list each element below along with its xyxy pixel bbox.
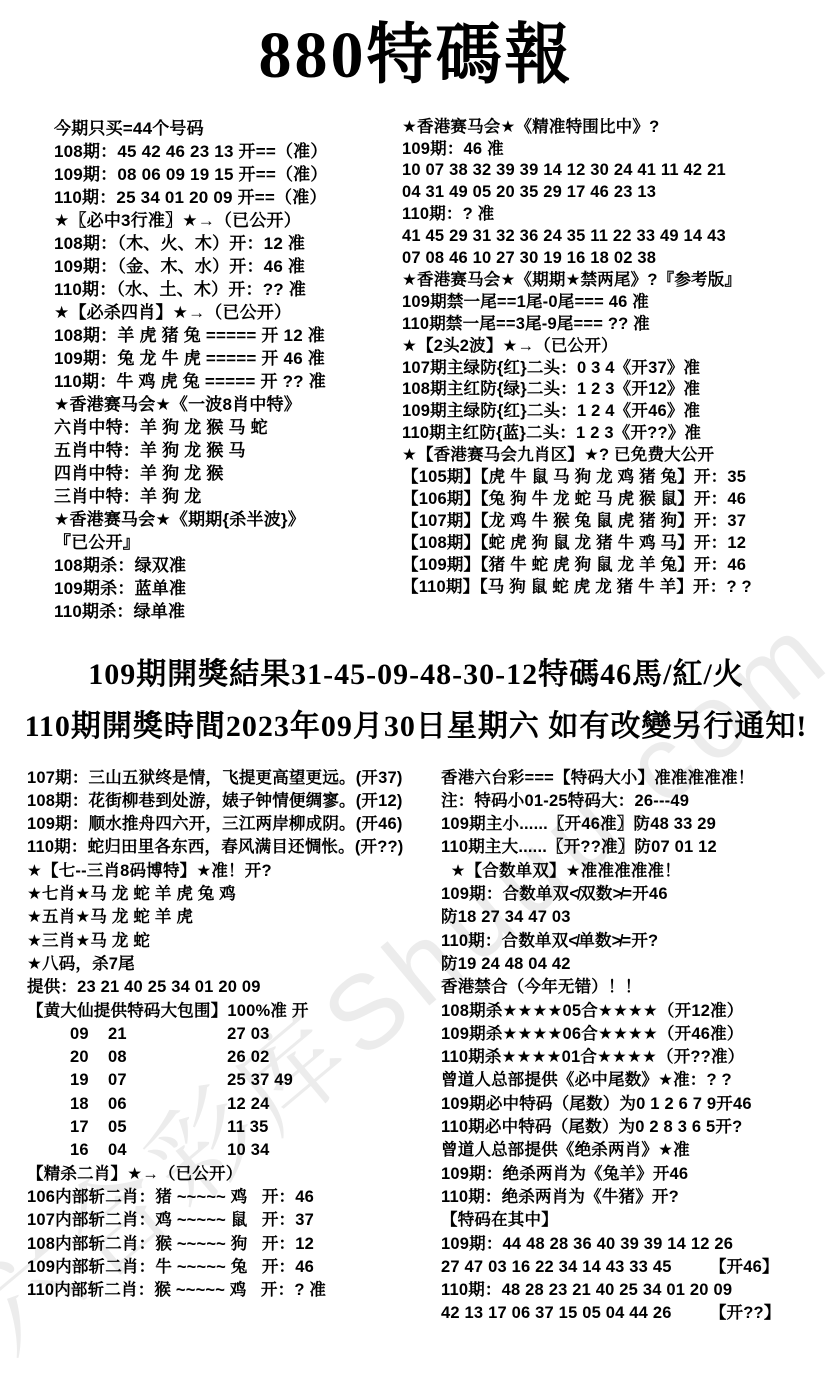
text-line: 10 07 38 32 39 39 14 12 30 24 41 11 42 2… bbox=[402, 160, 828, 182]
text-line: ★三肖★马 龙 蛇 bbox=[27, 930, 441, 953]
text-line: 109期：兔 龙 牛 虎 ===== 开 46 准 bbox=[54, 347, 402, 370]
text-line: 109内部斩二肖：牛 ~~~~~ 兔 开：46 bbox=[27, 1256, 441, 1279]
text-line: 108内部斩二肖：猴 ~~~~~ 狗 开：12 bbox=[27, 1233, 441, 1256]
text-line: 【黄大仙提供特码大包围】100%准 开 bbox=[27, 1000, 441, 1023]
text-line: 三肖中特：羊 狗 龙 bbox=[54, 485, 402, 508]
text-line: 19 07 25 37 49 bbox=[27, 1069, 441, 1092]
page-title: 880特碼報 bbox=[0, 0, 832, 93]
text-line: 109期杀：蓝单准 bbox=[54, 577, 402, 600]
text-line: 109期：顺水推舟四六开，三江两岸柳成阴。(开46) bbox=[27, 813, 441, 836]
text-line: 109期：（金、木、水）开：46 准 bbox=[54, 255, 402, 278]
text-line: 108期：羊 虎 猪 兔 ===== 开 12 准 bbox=[54, 324, 402, 347]
text-line: 109期杀★★★★06合★★★★（开46准） bbox=[441, 1023, 830, 1046]
text-line: 110期杀★★★★01合★★★★（开??准） bbox=[441, 1046, 830, 1069]
text-line: 110期：? 准 bbox=[402, 204, 828, 226]
text-line: 108期杀：绿双准 bbox=[54, 554, 402, 577]
text-line: ★【香港赛马会九肖区】★? 已免费大公开 bbox=[402, 445, 828, 467]
text-line: 109期：08 06 09 19 15 开==（准） bbox=[54, 163, 402, 186]
text-line: 17 05 11 35 bbox=[27, 1116, 441, 1139]
text-line: 曾道人总部提供《必中尾数》★准：? ? bbox=[441, 1069, 830, 1092]
text-line: ★香港赛马会★《精准特围比中》? bbox=[402, 117, 828, 139]
text-line: 16 04 10 34 bbox=[27, 1139, 441, 1162]
text-line: 04 31 49 05 20 35 29 17 46 23 13 bbox=[402, 182, 828, 204]
text-line: 07 08 46 10 27 30 19 16 18 02 38 bbox=[402, 248, 828, 270]
text-line: ★【合数单双】★准准准准准！ bbox=[441, 860, 830, 883]
text-line: 『已公开』 bbox=[54, 531, 402, 554]
text-line: 防18 27 34 47 03 bbox=[441, 906, 830, 929]
text-line: 110期：绝杀两肖为《牛猪》开? bbox=[441, 1186, 830, 1209]
text-line: 110期：蛇归田里各东西，春风满目还惆怅。(开??) bbox=[27, 836, 441, 859]
text-line: 注：特码小01-25特码大：26---49 bbox=[441, 790, 830, 813]
text-line: 110期：牛 鸡 虎 兔 ===== 开 ?? 准 bbox=[54, 370, 402, 393]
text-line: 今期只买=44个号码 bbox=[54, 117, 402, 140]
text-line: 【109期】【猪 牛 蛇 虎 狗 鼠 龙 羊 兔】开：46 bbox=[402, 555, 828, 577]
text-line: 109期主小......〖开46准〗防48 33 29 bbox=[441, 813, 830, 836]
text-line: 【106期】【兔 狗 牛 龙 蛇 马 虎 猴 鼠】开：46 bbox=[402, 489, 828, 511]
text-line: ★【必杀四肖】★→（已公开） bbox=[54, 301, 402, 324]
bottom-right-predictions-panel: 香港六台彩===【特码大小】准准准准准！注：特码小01-25特码大：26---4… bbox=[441, 767, 832, 1326]
text-line: 【特码在其中】 bbox=[441, 1209, 830, 1232]
text-line: 五肖中特：羊 狗 龙 猴 马 bbox=[54, 439, 402, 462]
next-draw-time-line: 110期開獎時間2023年09月30日星期六 如有改變另行通知! bbox=[0, 701, 832, 753]
text-line: 【108期】【蛇 虎 狗 鼠 龙 猪 牛 鸡 马】开：12 bbox=[402, 533, 828, 555]
top-right-predictions-panel: ★香港赛马会★《精准特围比中》?109期：46 准10 07 38 32 39 … bbox=[402, 117, 832, 623]
text-line: 四肖中特：羊 狗 龙 猴 bbox=[54, 462, 402, 485]
text-line: ★【2头2波】★→（已公开） bbox=[402, 336, 828, 358]
text-line: 110期主大......〖开??准〗防07 01 12 bbox=[441, 836, 830, 859]
lottery-tip-sheet-page: 六合彩库Shuuu.com 880特碼報 今期只买=44个号码108期：45 4… bbox=[0, 0, 832, 1388]
text-line: 18 06 12 24 bbox=[27, 1093, 441, 1116]
text-line: 108期杀★★★★05合★★★★（开12准） bbox=[441, 1000, 830, 1023]
bottom-section: 107期：三山五狱终是情，飞提更高望更远。(开37)108期：花街柳巷到处游，婊… bbox=[0, 767, 832, 1326]
text-line: 曾道人总部提供《绝杀两肖》★准 bbox=[441, 1139, 830, 1162]
text-line: 109期：46 准 bbox=[402, 139, 828, 161]
text-line: 【107期】【龙 鸡 牛 猴 兔 鼠 虎 猪 狗】开：37 bbox=[402, 511, 828, 533]
text-line: 109期：44 48 28 36 40 39 39 14 12 26 bbox=[441, 1233, 830, 1256]
text-line: 【105期】【虎 牛 鼠 马 狗 龙 鸡 猪 兔】开：35 bbox=[402, 467, 828, 489]
text-line: 110内部斩二肖：猴 ~~~~~ 鸡 开：? 准 bbox=[27, 1279, 441, 1302]
text-line: 【110期】【马 狗 鼠 蛇 虎 龙 猪 牛 羊】开：? ? bbox=[402, 577, 828, 599]
text-line: 110期禁一尾==3尾-9尾=== ?? 准 bbox=[402, 314, 828, 336]
text-line: 提供：23 21 40 25 34 01 20 09 bbox=[27, 976, 441, 999]
text-line: 108期：45 42 46 23 13 开==（准） bbox=[54, 140, 402, 163]
text-line: 防19 24 48 04 42 bbox=[441, 953, 830, 976]
text-line: 20 08 26 02 bbox=[27, 1046, 441, 1069]
text-line: ★八码，杀7尾 bbox=[27, 953, 441, 976]
text-line: 106内部斩二肖：猪 ~~~~~ 鸡 开：46 bbox=[27, 1186, 441, 1209]
text-line: 110期杀：绿单准 bbox=[54, 600, 402, 623]
text-line: 108期：（木、火、木）开：12 准 bbox=[54, 232, 402, 255]
text-line: 108期主红防{绿}二头：1 2 3《开12》准 bbox=[402, 379, 828, 401]
text-line: 09 21 27 03 bbox=[27, 1023, 441, 1046]
text-line: ★香港赛马会★《一波8肖中特》 bbox=[54, 393, 402, 416]
text-line: 107内部斩二肖：鸡 ~~~~~ 鼠 开：37 bbox=[27, 1209, 441, 1232]
text-line: 27 47 03 16 22 34 14 43 33 45 【开46】 bbox=[441, 1256, 830, 1279]
text-line: 109期必中特码（尾数）为0 1 2 6 7 9开46 bbox=[441, 1093, 830, 1116]
text-line: ★五肖★马 龙 蛇 羊 虎 bbox=[27, 906, 441, 929]
text-line: ★香港赛马会★《期期★禁两尾》?『参考版』 bbox=[402, 270, 828, 292]
text-line: 香港六台彩===【特码大小】准准准准准！ bbox=[441, 767, 830, 790]
text-line: 110期：合数单双≮单数≯=开? bbox=[441, 930, 830, 953]
draw-result-line: 109期開獎結果31-45-09-48-30-12特碼46馬/紅/火 bbox=[0, 649, 832, 701]
text-line: 109期主绿防{红}二头：1 2 4《开46》准 bbox=[402, 401, 828, 423]
draw-result-banner: 109期開獎結果31-45-09-48-30-12特碼46馬/紅/火 110期開… bbox=[0, 649, 832, 753]
top-left-predictions-panel: 今期只买=44个号码108期：45 42 46 23 13 开==（准）109期… bbox=[54, 117, 402, 623]
text-line: 110期：48 28 23 21 40 25 34 01 20 09 bbox=[441, 1279, 830, 1302]
text-line: 108期：花街柳巷到处游，婊子钟情便绸寥。(开12) bbox=[27, 790, 441, 813]
text-line: 109期：合数单双≮双数≯=开46 bbox=[441, 883, 830, 906]
text-line: 109期禁一尾==1尾-0尾=== 46 准 bbox=[402, 292, 828, 314]
text-line: ★香港赛马会★《期期{杀半波}》 bbox=[54, 508, 402, 531]
text-line: 42 13 17 06 37 15 05 04 44 26 【开??】 bbox=[441, 1302, 830, 1325]
text-line: 【精杀二肖】★→（已公开） bbox=[27, 1163, 441, 1186]
text-line: 41 45 29 31 32 36 24 35 11 22 33 49 14 4… bbox=[402, 226, 828, 248]
bottom-left-predictions-panel: 107期：三山五狱终是情，飞提更高望更远。(开37)108期：花街柳巷到处游，婊… bbox=[27, 767, 441, 1326]
text-line: 香港禁合（今年无错）！！ bbox=[441, 976, 830, 999]
text-line: 107期主绿防{红}二头：0 3 4《开37》准 bbox=[402, 358, 828, 380]
text-line: 107期：三山五狱终是情，飞提更高望更远。(开37) bbox=[27, 767, 441, 790]
text-line: 110期主红防{蓝}二头：1 2 3《开??》准 bbox=[402, 423, 828, 445]
text-line: ★七肖★马 龙 蛇 羊 虎 兔 鸡 bbox=[27, 883, 441, 906]
text-line: 109期：绝杀两肖为《兔羊》开46 bbox=[441, 1163, 830, 1186]
text-line: ★〖必中3行准〗★→（已公开） bbox=[54, 209, 402, 232]
text-line: 六肖中特：羊 狗 龙 猴 马 蛇 bbox=[54, 416, 402, 439]
text-line: 110期：25 34 01 20 09 开==（准） bbox=[54, 186, 402, 209]
top-section: 今期只买=44个号码108期：45 42 46 23 13 开==（准）109期… bbox=[0, 117, 832, 623]
text-line: 110期必中特码（尾数）为0 2 8 3 6 5开? bbox=[441, 1116, 830, 1139]
text-line: ★【七--三肖8码博特】★准！开? bbox=[27, 860, 441, 883]
text-line: 110期：（水、土、木）开：?? 准 bbox=[54, 278, 402, 301]
